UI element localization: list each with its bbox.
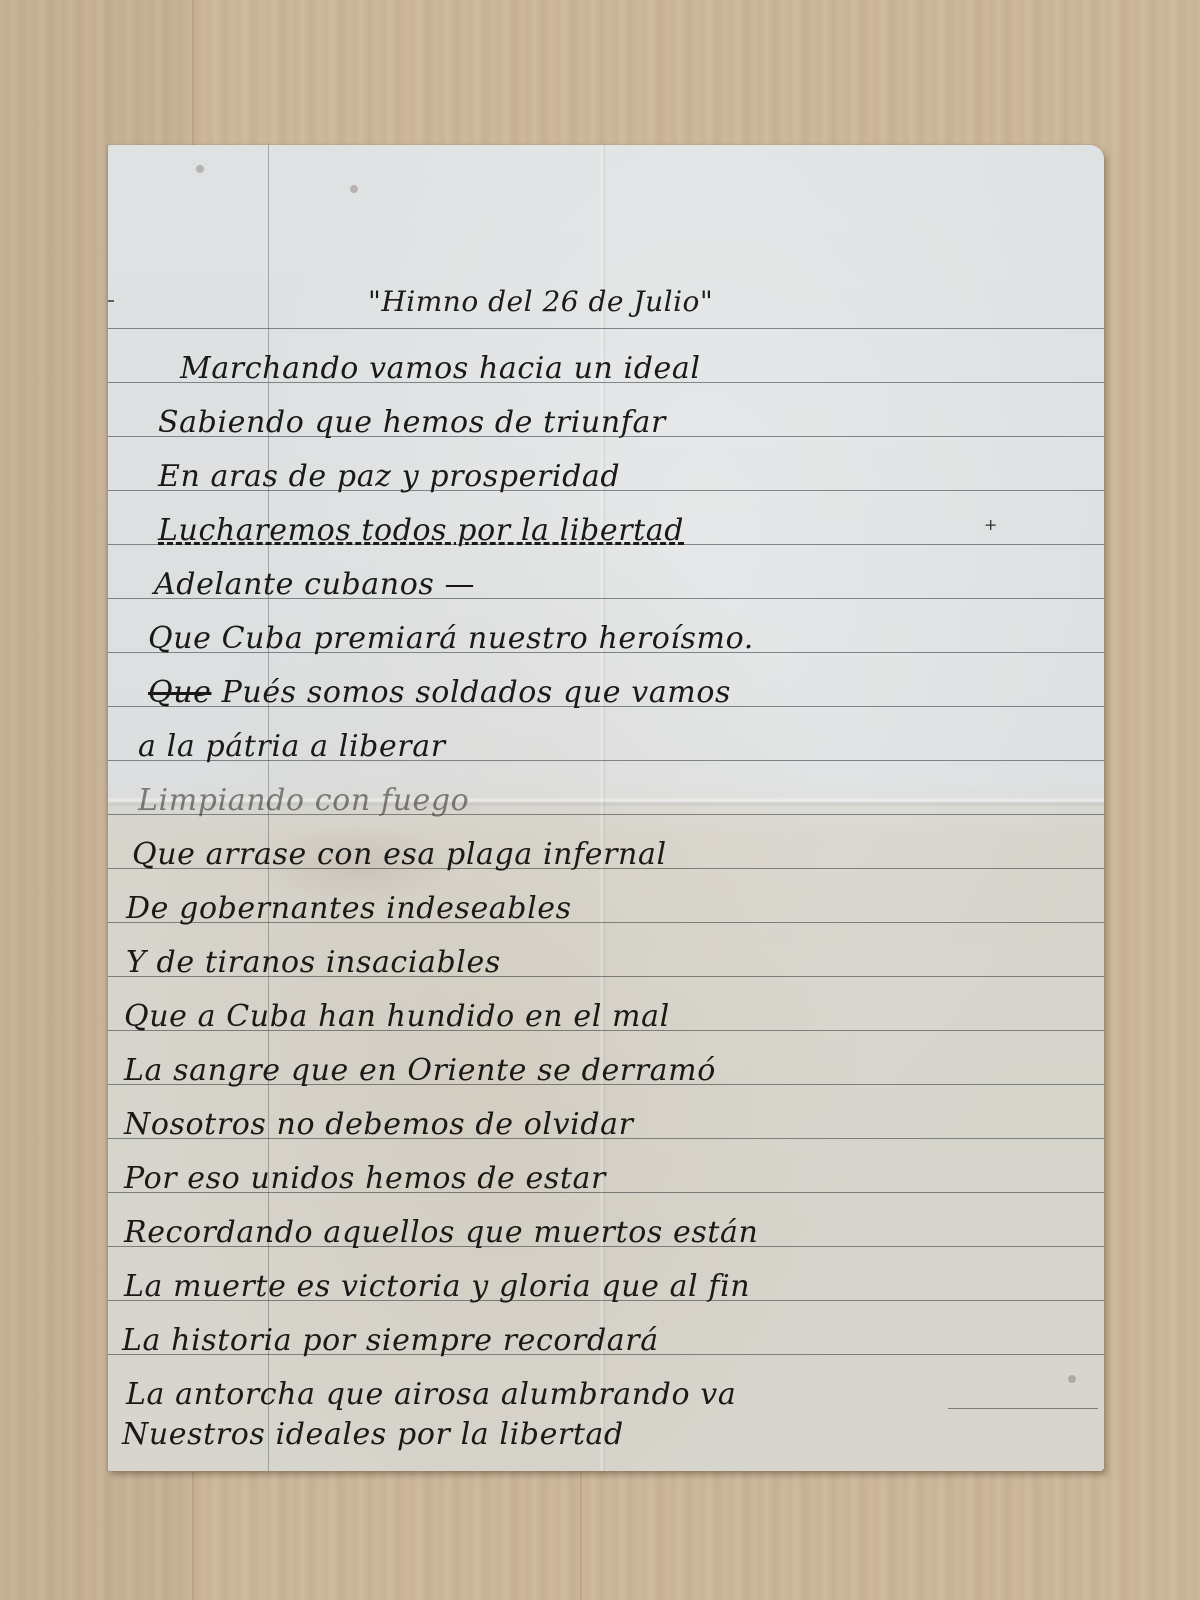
ruled-line [948,1408,1098,1409]
lyric-line: Adelante cubanos — [154,567,475,602]
lyric-line: La muerte es victoria y gloria que al fi… [124,1269,750,1304]
lyric-line: Lucharemos todos por la libertad [158,513,684,548]
lyric-line-with-strikeout: Que Pués somos soldados que vamos [148,675,731,710]
lyric-line: De gobernantes indeseables [126,891,572,926]
lyric-line: Nuestros ideales por la libertad [122,1417,624,1452]
lyric-line: Por eso unidos hemos de estar [124,1161,606,1196]
lyric-line: La antorcha que airosa alumbrando va [126,1377,736,1412]
margin-plus-mark: + [984,515,997,534]
paper-spot [196,165,204,173]
lyric-line-faint: Limpiando con fuego [138,783,469,818]
paper-spot [350,185,358,193]
lyric-line: Nosotros no debemos de olvidar [124,1107,634,1142]
lyric-line: La historia por siempre recordará [122,1323,659,1358]
handwritten-paper-sheet: + "Himno del 26 de Julio" Marchando vamo… [108,145,1104,1471]
lyric-line-text: Pués somos soldados que vamos [222,675,731,710]
wood-plank-seam [580,1470,582,1600]
paper-spot [1068,1375,1076,1383]
struck-out-word: Que [148,675,211,710]
lyric-line: Que Cuba premiará nuestro heroísmo. [148,621,754,656]
margin-tick-mark [108,300,114,302]
lyric-line: a la pátria a liberar [138,729,446,764]
lyric-line: Sabiendo que hemos de triunfar [158,405,666,440]
ruled-line [108,328,1104,329]
lyric-line: Que arrase con esa plaga infernal [132,837,667,872]
song-title: "Himno del 26 de Julio" [368,285,713,318]
lyric-line: Que a Cuba han hundido en el mal [124,999,670,1034]
lyric-line: Recordando aquellos que muertos están [124,1215,758,1250]
lyric-line: Y de tiranos insaciables [126,945,501,980]
lyric-line: En aras de paz y prosperidad [158,459,620,494]
lyric-line: Marchando vamos hacia un ideal [180,351,701,386]
lyric-line: La sangre que en Oriente se derramó [124,1053,716,1088]
